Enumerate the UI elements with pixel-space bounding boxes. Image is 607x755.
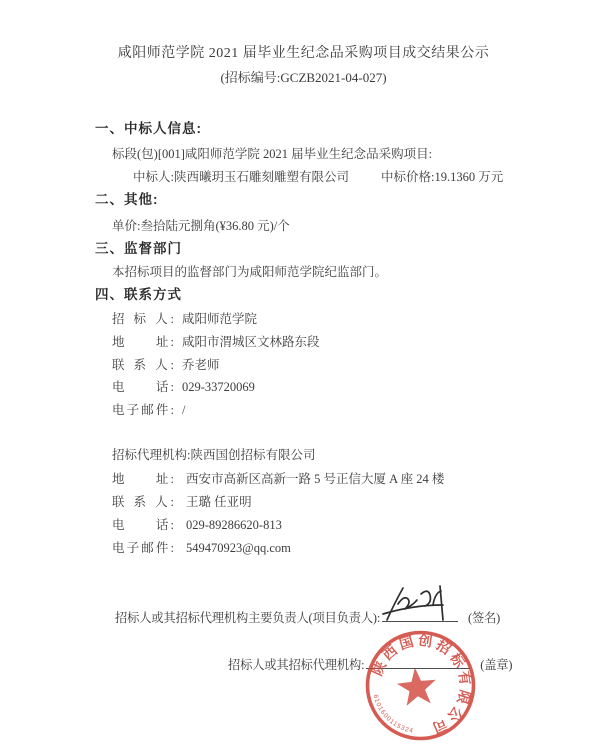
agency-row: 联 系 人:王璐 任亚明: [112, 495, 252, 511]
agency-row: 招标代理机构:陕西国创招标有限公司: [112, 448, 316, 464]
company-seal: 陕西国创招标有限公司 6101600115324: [357, 622, 484, 749]
document-page: 咸阳师范学院 2021 届毕业生纪念品采购项目成交结果公示 (招标编号:GCZB…: [0, 0, 607, 755]
contact-value: 西安市高新区高新一路 5 号正信大厦 A 座 24 楼: [186, 472, 444, 486]
seal-star-icon: [397, 668, 436, 706]
contact-value: 029-33720069: [182, 380, 255, 394]
contact-value: 029-89286620-813: [186, 518, 282, 532]
contact-label: 联 系 人:: [112, 358, 174, 374]
contact-label: 电子邮件:: [112, 403, 174, 419]
price-label: 中标价格:: [381, 170, 434, 184]
stamp-suffix: (盖章): [480, 658, 512, 672]
agency-row: 电 话:029-89286620-813: [112, 518, 282, 534]
stamp-label: 招标人或其招标代理机构:: [228, 658, 364, 672]
tenderer-row: 电子邮件:/: [112, 403, 185, 419]
contact-value: 王璐 任亚明: [186, 495, 252, 509]
section-heading-winner-info: 一、中标人信息:: [95, 121, 202, 138]
tenderer-row: 联 系 人:乔老师: [112, 358, 220, 374]
tenderer-row: 招 标 人:咸阳师范学院: [112, 312, 257, 328]
contact-value: 咸阳市渭城区文林路东段: [182, 335, 320, 349]
contact-label: 地 址:: [112, 472, 174, 488]
contact-value: 549470923@qq.com: [186, 541, 291, 555]
section-heading-contact: 四、联系方式: [95, 287, 182, 304]
package-line: 标段(包)[001]咸阳师范学院 2021 届毕业生纪念品采购项目:: [112, 147, 432, 163]
winner-line: 中标人:陕西曦玥玉石雕刻雕塑有限公司中标价格:19.1360 万元: [133, 170, 503, 186]
unit-price-line: 单价:叁拾陆元捌角(¥36.80 元)/个: [112, 219, 290, 235]
winner-label: 中标人:: [133, 170, 174, 184]
contact-label: 电子邮件:: [112, 541, 174, 557]
tender-number: (招标编号:GCZB2021-04-027): [0, 70, 607, 86]
section-heading-supervision: 三、监督部门: [95, 241, 182, 258]
agency-name: 陕西国创招标有限公司: [190, 448, 315, 462]
contact-value: 咸阳师范学院: [182, 312, 257, 326]
signature-underline: [382, 608, 458, 622]
contact-label: 电 话:: [112, 380, 174, 396]
agency-label: 招标代理机构:: [112, 448, 190, 462]
section-heading-other: 二、其他:: [95, 192, 159, 209]
signature-label: 招标人或其招标代理机构主要负责人(项目负责人):: [115, 611, 380, 625]
contact-label: 招 标 人:: [112, 312, 174, 328]
signature-stroke: [421, 591, 430, 606]
tenderer-row: 地 址:咸阳市渭城区文林路东段: [112, 335, 320, 351]
winner-name: 陕西曦玥玉石雕刻雕塑有限公司: [174, 170, 349, 184]
contact-value: 乔老师: [182, 358, 220, 372]
contact-label: 电 话:: [112, 518, 174, 534]
contact-label: 联 系 人:: [112, 495, 174, 511]
contact-value: /: [182, 403, 185, 417]
price-value: 19.1360 万元: [434, 170, 503, 184]
supervision-body: 本招标项目的监督部门为咸阳师范学院纪监部门。: [112, 265, 387, 281]
page-title: 咸阳师范学院 2021 届毕业生纪念品采购项目成交结果公示: [0, 45, 607, 63]
signature-stroke: [387, 588, 403, 620]
agency-row: 电子邮件:549470923@qq.com: [112, 541, 291, 557]
agency-row: 地 址:西安市高新区高新一路 5 号正信大厦 A 座 24 楼: [112, 472, 444, 488]
handwritten-signature: [380, 578, 458, 626]
tenderer-row: 电 话:029-33720069: [112, 380, 255, 396]
contact-label: 地 址:: [112, 335, 174, 351]
